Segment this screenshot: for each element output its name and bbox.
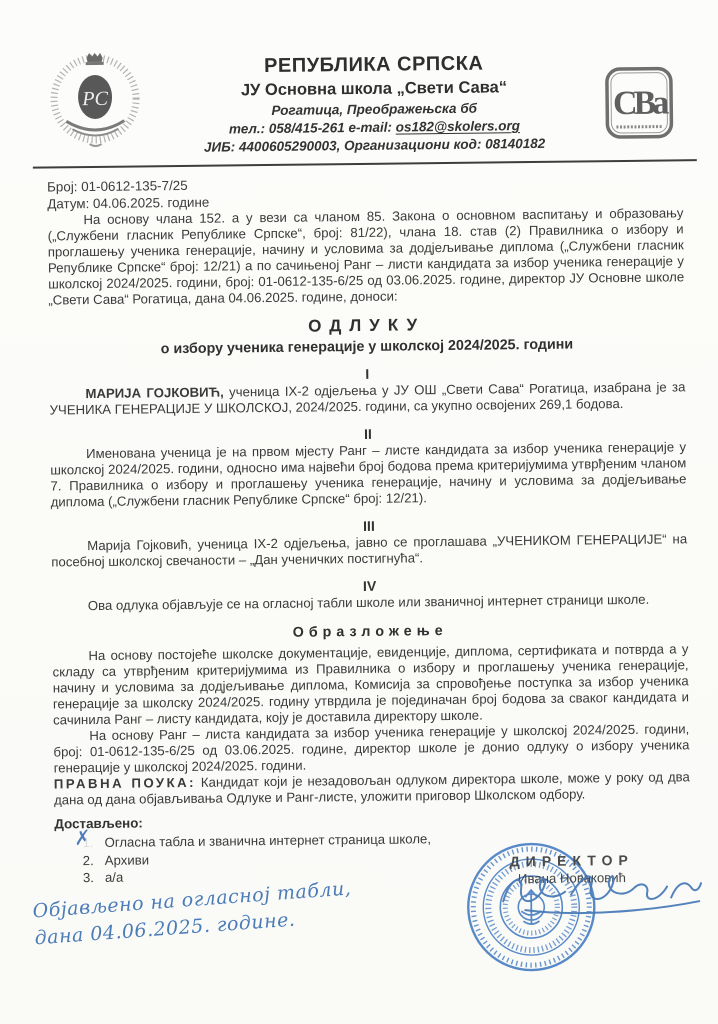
section-paragraph-1: МАРИЈА ГОЈКОВИЋ, ученица IX-2 одјељења у…: [49, 379, 685, 418]
list-item-text: Огласна табла и званична интернет страни…: [104, 831, 431, 850]
phone-and-email-label: тел.: 058/415-261 e-mail:: [229, 120, 396, 137]
director-signature-icon: [495, 861, 708, 924]
document-footer: Достављено: 1.Огласна табла и званична и…: [54, 809, 692, 986]
list-item-text: а/а: [105, 870, 124, 885]
rationale-paragraph-2: На основу Ранг – листа кандидата за избо…: [53, 721, 690, 776]
handwritten-note: Објављено на огласној табли, дана 04.06.…: [32, 875, 354, 952]
preamble-paragraph: На основу члана 152. а у вези са чланом …: [47, 205, 684, 308]
list-item-text: Архиви: [105, 852, 149, 868]
emblem-monogram: РС: [81, 88, 108, 110]
republika-srpska-emblem-icon: РС: [46, 48, 147, 158]
contact-line: тел.: 058/415-261 e-mail: os182@skolers.…: [146, 117, 602, 137]
registry-line: ЈИБ: 4400605290003, Организациони код: 0…: [147, 135, 603, 155]
section-paragraph-3: Марија Гојковић, ученица IX-2 одјељења, …: [51, 531, 687, 570]
letterhead-text: РЕПУБЛИКА СРПСКА ЈУ Основна школа „Свети…: [146, 43, 603, 155]
school-address: Рогатица, Преображењска бб: [146, 99, 602, 119]
email-link: os182@skolers.org: [396, 118, 520, 134]
cross-mark-icon: ✗: [74, 829, 90, 849]
list-item-number: 2.: [83, 851, 105, 869]
decision-subtitle: о избору ученика генерације у школској 2…: [49, 335, 685, 358]
legal-notice: ПРАВНА ПОУКА: Кандидат који је незадовољ…: [54, 769, 690, 808]
student-name-bold: МАРИЈА ГОЈКОВИЋ,: [85, 385, 224, 402]
list-item-number: 3.: [83, 869, 105, 887]
scanned-decision-document: РС РЕПУБЛИКА СРПСКА ЈУ Основна школа „Св…: [0, 0, 718, 1024]
document-content: РС РЕПУБЛИКА СРПСКА ЈУ Основна школа „Св…: [0, 0, 718, 987]
letterhead: РС РЕПУБЛИКА СРПСКА ЈУ Основна школа „Св…: [46, 42, 683, 160]
republic-title: РЕПУБЛИКА СРПСКА: [146, 51, 602, 79]
school-name: ЈУ Основна школа „Свети Сава“: [146, 77, 602, 101]
rationale-title: Образложење: [52, 620, 688, 643]
school-logo-icon: СВа: [601, 42, 682, 154]
school-logo-monogram: СВа: [613, 84, 670, 122]
legal-notice-label: ПРАВНА ПОУКА:: [54, 775, 196, 792]
rationale-paragraph-1: На основу постојеће школске документациј…: [52, 641, 689, 728]
section-paragraph-2: Именована ученица је на првом мјесту Ран…: [50, 439, 687, 510]
header-divider: [33, 159, 697, 169]
